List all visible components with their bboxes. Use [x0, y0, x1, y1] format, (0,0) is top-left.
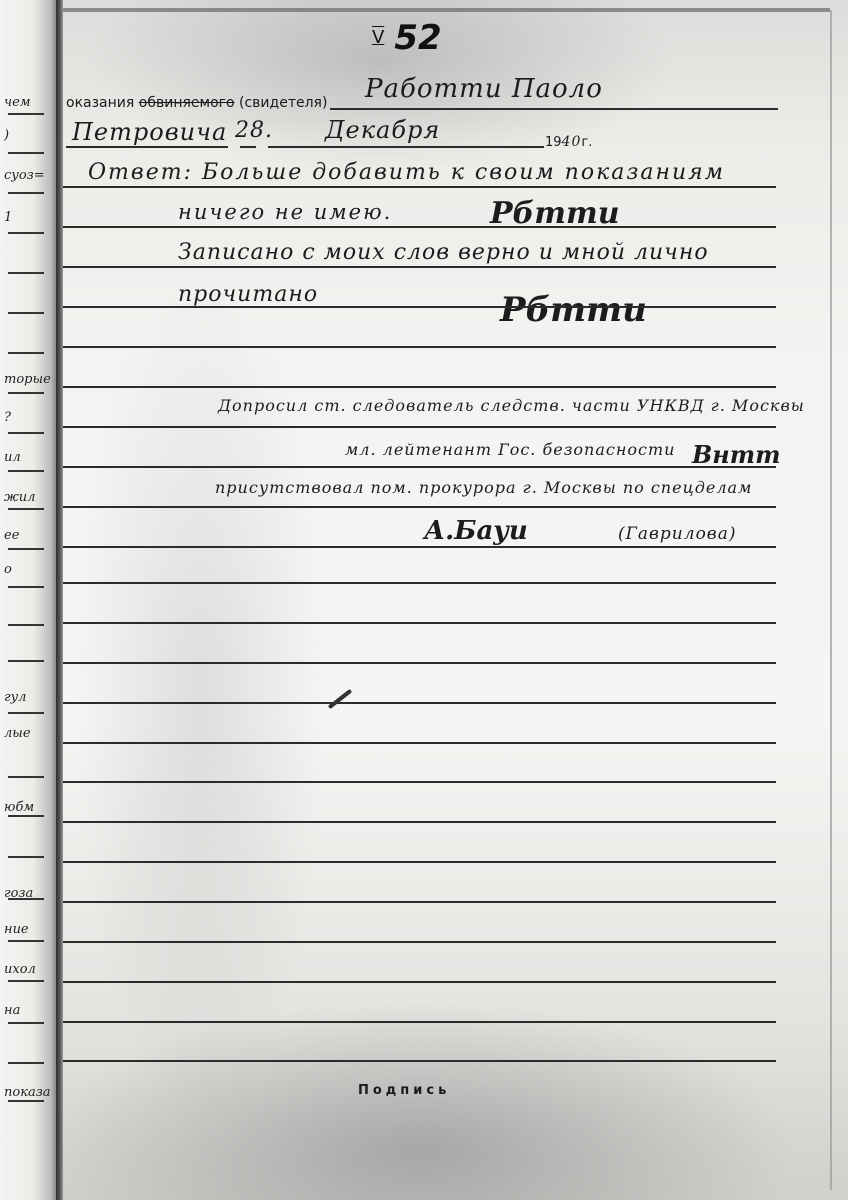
margin-rule — [8, 1022, 44, 1024]
ruled-line — [63, 1060, 776, 1062]
ruled-line — [268, 146, 544, 148]
signature-label: Подпись — [358, 1083, 450, 1098]
ruled-line — [63, 781, 776, 783]
interrogator-rank: мл. лейтенант Гос. безопасности — [345, 440, 675, 459]
date-month: Декабря — [325, 116, 440, 144]
ruled-line — [63, 546, 776, 548]
margin-fragment: ил — [4, 450, 21, 465]
margin-rule — [8, 586, 44, 588]
ruled-line — [63, 861, 776, 863]
margin-rule — [8, 856, 44, 858]
signature-witness: Рбтти — [500, 290, 647, 330]
signature-prosecutor: А.Бауи — [424, 516, 528, 546]
margin-fragment: о — [4, 562, 12, 577]
ruled-line — [63, 622, 776, 624]
margin-fragment: ) — [4, 128, 9, 143]
margin-fragment: ние — [4, 922, 29, 937]
page-number: V52 — [372, 18, 442, 58]
ruled-line — [63, 186, 776, 188]
ruled-line — [330, 108, 778, 110]
ruled-line — [63, 226, 776, 228]
margin-fragment: показа — [4, 1085, 51, 1100]
margin-fragment: чем — [4, 95, 31, 110]
margin-rule — [8, 940, 44, 942]
signature-investigator: Внтт — [692, 440, 781, 469]
form-label-witness: (свидетеля) — [239, 95, 327, 111]
page-right-edge — [830, 10, 832, 1190]
ruled-line — [63, 1021, 776, 1023]
volume-numeral: V — [372, 27, 384, 48]
margin-rule — [8, 352, 44, 354]
margin-fragment: лые — [4, 726, 31, 741]
date-year-suffix: 40 — [562, 134, 582, 150]
margin-rule — [8, 1062, 44, 1064]
ruled-line — [63, 821, 776, 823]
ruled-line — [63, 386, 776, 388]
form-label-accused-struck: обвиняемого — [139, 95, 235, 111]
date-year-prefix: 19 — [545, 135, 562, 150]
confirmation-line: прочитано — [178, 282, 318, 307]
ruled-line — [63, 901, 776, 903]
prosecutor-name: (Гаврилова) — [618, 524, 736, 544]
answer-line: ничего не имею. — [178, 200, 392, 224]
form-label-testimony: оказания — [66, 95, 134, 111]
margin-rule — [8, 312, 44, 314]
binding-spine — [56, 0, 63, 1200]
margin-rule — [8, 432, 44, 434]
margin-rule — [8, 113, 44, 115]
margin-rule — [8, 624, 44, 626]
margin-rule — [8, 272, 44, 274]
answer-line: Ответ: Больше добавить к своим показания… — [88, 160, 725, 185]
margin-fragment: 1 — [4, 210, 12, 225]
ruled-line — [240, 146, 256, 148]
ruled-line — [63, 266, 776, 268]
ruled-line — [63, 426, 776, 428]
ruled-line — [63, 346, 776, 348]
margin-fragment: суоз= — [4, 168, 45, 183]
margin-rule — [8, 470, 44, 472]
margin-fragment: ее — [4, 528, 19, 543]
ruled-line — [63, 506, 776, 508]
date-year-unit: г. — [581, 135, 592, 150]
margin-rule — [8, 232, 44, 234]
ruled-line — [63, 702, 776, 704]
page-number-value: 52 — [394, 18, 441, 58]
ruled-line — [63, 306, 776, 308]
margin-fragment: гул — [4, 690, 26, 705]
ruled-line — [63, 742, 776, 744]
margin-rule — [8, 712, 44, 714]
ruled-line — [63, 941, 776, 943]
margin-fragment: ихол — [4, 962, 36, 977]
margin-fragment: на — [4, 1003, 20, 1018]
date-year: 1940г. — [545, 134, 592, 150]
ruled-line — [63, 662, 776, 664]
confirmation-line: Записано с моих слов верно и мной лично — [178, 240, 709, 265]
margin-rule — [8, 548, 44, 550]
margin-rule — [8, 1100, 44, 1102]
ruled-line — [63, 981, 776, 983]
subject-patronymic: Петровича — [72, 118, 227, 146]
margin-fragment: торые — [4, 372, 51, 387]
margin-rule — [8, 980, 44, 982]
margin-rule — [8, 508, 44, 510]
form-header: оказания обвиняемого (свидетеля) — [66, 95, 327, 111]
ruled-line — [63, 582, 776, 584]
margin-fragment: юбм — [4, 800, 34, 815]
interrogator-line: Допросил ст. следователь следств. части … — [218, 396, 805, 415]
margin-fragment: жил — [4, 490, 35, 505]
ruled-line — [66, 146, 228, 148]
ruled-line — [63, 466, 776, 468]
margin-rule — [8, 776, 44, 778]
margin-fragment: ? — [4, 410, 11, 425]
prosecutor-line: присутствовал пом. прокурора г. Москвы п… — [215, 478, 752, 497]
margin-rule — [8, 815, 44, 817]
subject-name: Работти Паоло — [365, 74, 603, 104]
margin-rule — [8, 192, 44, 194]
page-top-edge — [60, 8, 830, 12]
margin-rule — [8, 152, 44, 154]
margin-rule — [8, 392, 44, 394]
date-day: 28. — [235, 118, 273, 143]
margin-rule — [8, 898, 44, 900]
margin-rule — [8, 660, 44, 662]
